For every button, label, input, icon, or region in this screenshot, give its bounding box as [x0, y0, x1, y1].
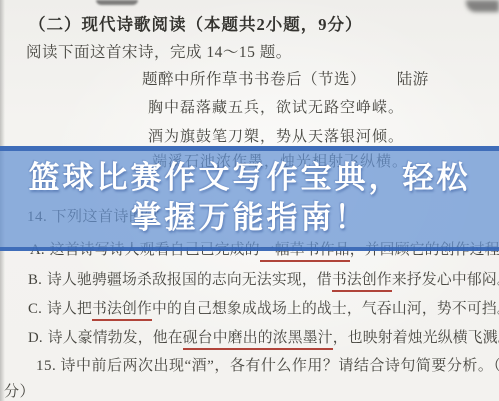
option-b-text-pre: 诗人驰骋疆场杀敌报国的志向无法实现，借: [47, 272, 332, 288]
photo-smudge-corner: [466, 0, 499, 12]
option-c: C.诗人把书法创作中的自己想象成战场上的战士，气吞山河，势不可挡。: [28, 297, 499, 318]
option-d-label: D.: [28, 330, 43, 346]
poem-title: 题醉中所作草书书卷后（节选）: [142, 71, 366, 88]
section-header: （二）现代诗歌阅读（本题共2小题，9分）: [29, 11, 363, 35]
instruction-line: 阅读下面这首宋诗，完成 14～15 题。: [26, 40, 292, 62]
option-c-text-post: 中的自己想象成战场上的战士，气吞山河，势不可挡。: [152, 301, 499, 317]
option-d-text-pre: 诗人豪情勃发，他在: [48, 330, 183, 346]
option-b-label: B.: [28, 272, 42, 288]
option-d: D.诗人豪情勃发，他在砚台中磨出的浓黑墨汁，也映射着烛光纵横飞溅。: [28, 326, 499, 347]
question-15-line2: 分）: [4, 380, 35, 401]
banner-top-edge: [0, 146, 499, 151]
question-15-line1: 15. 诗中前后两次出现“酒”，各有什么作用？请结合诗句简要分析。（6: [36, 354, 499, 375]
banner-title-line1: 篮球比赛作文写作宝典，轻松: [0, 158, 499, 198]
banner-title-line2: 掌握万能指南！: [0, 198, 499, 238]
option-b: B.诗人驰骋疆场杀敌报国的志向无法实现，借书法创作来抒发心中郁闷。: [28, 268, 499, 289]
photo-smudge-top: [96, 0, 138, 5]
poem-author: 陆游: [397, 71, 429, 88]
option-c-underlined: 书法创作: [92, 301, 152, 321]
poem-title-line: 题醉中所作草书书卷后（节选） 陆游: [142, 67, 429, 89]
banner-title: 篮球比赛作文写作宝典，轻松 掌握万能指南！: [0, 158, 499, 238]
option-b-text-post: 来抒发心中郁闷。: [392, 272, 499, 288]
banner-bottom-edge: [0, 247, 499, 251]
option-d-text-post: ，也映射着烛光纵横飞溅。: [333, 330, 499, 346]
poem-line-1: 胸中磊落藏五兵，欲试无路空峥嵘。: [148, 96, 404, 117]
promo-banner: 篮球比赛作文写作宝典，轻松 掌握万能指南！: [0, 146, 499, 251]
option-b-underlined: 书法创作: [332, 272, 392, 292]
poem-line-2: 酒为旗鼓笔刀槊，势从天落银河倾。: [148, 125, 404, 146]
option-d-underlined: 砚台中磨出的浓黑墨汁: [183, 330, 333, 350]
option-c-text-pre: 诗人把: [47, 301, 92, 317]
exam-paper-photo: （二）现代诗歌阅读（本题共2小题，9分） 阅读下面这首宋诗，完成 14～15 题…: [0, 0, 499, 401]
option-c-label: C.: [28, 301, 42, 317]
